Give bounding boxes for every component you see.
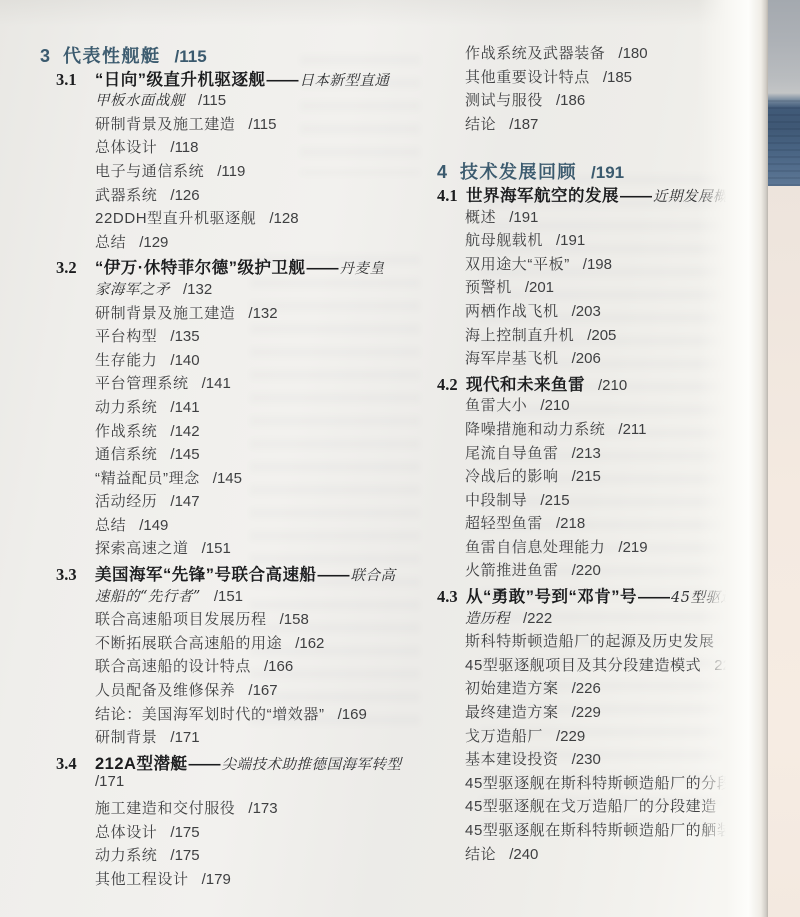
page-number: /203 <box>572 303 601 320</box>
section-number: 3.4 <box>56 754 81 774</box>
page-number: /141 <box>202 375 231 392</box>
chapter-title: 代表性舰艇 <box>63 42 161 68</box>
page-number: /118 <box>170 139 198 156</box>
item-title: 最终建造方案 <box>465 701 559 722</box>
toc-item-line: “精益配员”理念/145 <box>40 467 430 491</box>
section-subtitle: 联合高 <box>351 564 396 585</box>
page-number: /180 <box>618 45 647 62</box>
page-number: /142 <box>170 423 199 440</box>
item-title: 平台构型 <box>95 325 157 346</box>
item-title: 两栖作战飞机 <box>465 300 559 321</box>
page-number: /140 <box>170 352 199 369</box>
sea-photo <box>768 0 800 186</box>
item-title: 45型驱逐舰项目及其分段建造模式 <box>465 654 701 675</box>
page-number: /210 <box>598 377 627 394</box>
item-title: 初始建造方案 <box>465 677 559 698</box>
page-number: /151 <box>202 540 231 557</box>
section-number: 3.2 <box>56 258 81 278</box>
toc-item-line: 总体设计/175 <box>40 821 430 845</box>
page-number: /205 <box>587 327 616 344</box>
subtitle-continuation: 速船的“先行者” <box>95 585 201 606</box>
section-number: 4.3 <box>437 587 462 607</box>
item-title: 平台管理系统 <box>95 372 189 393</box>
toc-section-line: 3.3美国海军“先锋”号联合高速船——联合高 <box>40 561 430 585</box>
item-title: 总结 <box>95 231 126 252</box>
page-number: /132 <box>183 281 212 298</box>
item-title: 活动经历 <box>95 490 157 511</box>
page-number: /210 <box>540 397 569 414</box>
page-number: /230 <box>572 751 601 768</box>
page-number: /211 <box>618 421 646 438</box>
item-title: 测试与服役 <box>465 89 543 110</box>
page-number: /218 <box>556 515 585 532</box>
toc-item-line: 研制背景及施工建造/132 <box>40 302 430 326</box>
page-number: /220 <box>572 562 601 579</box>
item-title: 通信系统 <box>95 443 157 464</box>
page-number: /191 <box>556 232 585 249</box>
item-title: 45型驱逐舰在斯科特斯顿造船厂的舾装 <box>465 819 733 840</box>
item-title: 总结 <box>95 514 126 535</box>
item-title: 动力系统 <box>95 396 157 417</box>
page-top-shadow <box>0 0 800 26</box>
item-title: 武器系统 <box>95 184 157 205</box>
item-title: 电子与通信系统 <box>95 160 204 181</box>
item-title: “精益配员”理念 <box>95 467 200 488</box>
section-number: 4.2 <box>437 375 462 395</box>
chapter-number: 3 <box>40 46 50 67</box>
toc-item-line: 研制背景及施工建造/115 <box>40 113 430 137</box>
page-number: /147 <box>170 493 199 510</box>
item-title: 其他工程设计 <box>95 868 189 889</box>
page-number: /185 <box>603 69 632 86</box>
section-title: 212A型潜艇 <box>95 750 187 774</box>
item-title: 概述 <box>465 206 496 227</box>
chapter-title: 技术发展回顾 <box>460 158 577 184</box>
subtitle-continuation: 造历程 <box>465 607 510 628</box>
item-title: 海上控制直升机 <box>465 324 574 345</box>
page-number: /145 <box>170 446 199 463</box>
page-number: /149 <box>139 517 168 534</box>
section-number: 3.1 <box>56 70 81 90</box>
page-number: /141 <box>170 399 199 416</box>
item-title: 探索高速之道 <box>95 537 189 558</box>
toc-item-line: 平台管理系统/141 <box>40 372 430 396</box>
item-title: 总体设计 <box>95 136 157 157</box>
section-subtitle: 尖端技术助推德国海军转型 <box>221 753 401 774</box>
page-number: /173 <box>248 800 277 817</box>
toc-item-line: 研制背景/171 <box>40 726 430 750</box>
toc-item-line: 通信系统/145 <box>40 443 430 467</box>
toc-pageline-line: /171 <box>40 773 430 797</box>
page-number: /201 <box>525 279 554 296</box>
toc-item-line: 总结/129 <box>40 231 430 255</box>
toc-item-line: 22DDH型直升机驱逐舰/128 <box>40 207 430 231</box>
toc-item-line: 作战系统/142 <box>40 420 430 444</box>
page-number: /171 <box>95 773 124 790</box>
page-number: /179 <box>202 871 231 888</box>
item-title: 研制背景及施工建造 <box>95 302 235 323</box>
toc-item-line: 平台构型/135 <box>40 325 430 349</box>
toc-item-line: 总体设计/118 <box>40 136 430 160</box>
page-number: /171 <box>170 729 199 746</box>
item-title: 斯科特斯顿造船厂的起源及历史发展 <box>465 630 715 651</box>
page-number: /115 <box>198 92 226 109</box>
page-number: /158 <box>280 611 309 628</box>
item-title: 22DDH型直升机驱逐舰 <box>95 207 256 228</box>
item-title: 降噪措施和动力系统 <box>465 418 605 439</box>
section-dash: —— <box>620 188 652 206</box>
section-number: 3.3 <box>56 565 81 585</box>
toc-item-line: 施工建造和交付服役/173 <box>40 797 430 821</box>
page-number: /222 <box>523 610 552 627</box>
page-number: /215 <box>540 492 569 509</box>
page-number: /126 <box>170 187 199 204</box>
toc-item-line: 生存能力/140 <box>40 349 430 373</box>
item-title: 生存能力 <box>95 349 157 370</box>
page-curl-edge <box>698 0 768 917</box>
toc-section-line: 3.4212A型潜艇——尖端技术助推德国海军转型 <box>40 750 430 774</box>
toc-item-line: 联合高速船的设计特点/166 <box>40 655 430 679</box>
item-title: 其他重要设计特点 <box>465 66 590 87</box>
page-number: /175 <box>170 847 199 864</box>
section-title: 现代和未来鱼雷 <box>466 371 585 395</box>
section-dash: —— <box>318 567 350 585</box>
page-number: /167 <box>248 682 277 699</box>
item-title: 结论：美国海军划时代的“增效器” <box>95 703 325 724</box>
item-title: 结论 <box>465 113 496 134</box>
page-number: /162 <box>295 635 324 652</box>
page-number: /187 <box>509 116 538 133</box>
item-title: 预警机 <box>465 276 512 297</box>
item-title: 结论 <box>465 843 496 864</box>
section-dash: —— <box>638 589 670 607</box>
page-number: /215 <box>572 468 601 485</box>
item-title: 施工建造和交付服役 <box>95 797 235 818</box>
item-title: 45型驱逐舰在戈万造船厂的分段建造 <box>465 795 717 816</box>
item-title: 超轻型鱼雷 <box>465 512 543 533</box>
toc-item-line: 活动经历/147 <box>40 490 430 514</box>
item-title: 动力系统 <box>95 844 157 865</box>
section-title: 美国海军“先锋”号联合高速船 <box>95 561 317 585</box>
section-title: “日向”级直升机驱逐舰 <box>95 66 266 90</box>
toc-item-line: 其他工程设计/179 <box>40 868 430 892</box>
sea-wave-texture <box>768 100 800 186</box>
item-title: 鱼雷自信息处理能力 <box>465 536 605 557</box>
section-title: 世界海军航空的发展 <box>466 182 619 206</box>
item-title: 鱼雷大小 <box>465 394 527 415</box>
toc-item-line: 联合高速船项目发展历程/158 <box>40 608 430 632</box>
page-number: /213 <box>572 445 601 462</box>
chapter-page-number: /115 <box>175 47 207 67</box>
page-number: /129 <box>139 234 168 251</box>
page-number: /166 <box>264 658 293 675</box>
item-title: 中段制导 <box>465 489 527 510</box>
subtitle-continuation: 甲板水面战舰 <box>95 89 185 110</box>
toc-page: 3代表性舰艇/1153.1“日向”级直升机驱逐舰——日本新型直通甲板水面战舰/1… <box>0 0 800 917</box>
page-number: /198 <box>583 256 612 273</box>
subtitle-continuation: 家海军之矛 <box>95 278 170 299</box>
item-title: 联合高速船项目发展历程 <box>95 608 267 629</box>
toc-column-left: 3代表性舰艇/1153.1“日向”级直升机驱逐舰——日本新型直通甲板水面战舰/1… <box>40 42 430 891</box>
page-number: /151 <box>214 588 243 605</box>
section-dash: —— <box>267 72 299 90</box>
section-subtitle: 日本新型直通 <box>300 69 390 90</box>
toc-chapter-line: 3代表性舰艇/115 <box>40 42 430 66</box>
toc-section-line: 3.1“日向”级直升机驱逐舰——日本新型直通 <box>40 66 430 90</box>
item-title: 研制背景 <box>95 726 157 747</box>
toc-section-line: 3.2“伊万·休特菲尔德”级护卫舰——丹麦皇 <box>40 254 430 278</box>
item-title: 作战系统及武器装备 <box>465 42 605 63</box>
page-number: /169 <box>338 706 367 723</box>
page-number: /119 <box>217 163 245 180</box>
chapter-number: 4 <box>437 162 447 183</box>
page-number: /175 <box>170 824 199 841</box>
toc-cont-line: 速船的“先行者”/151 <box>40 585 430 609</box>
page-number: /229 <box>556 728 585 745</box>
toc-item-line: 结论：美国海军划时代的“增效器”/169 <box>40 703 430 727</box>
page-number: /128 <box>269 210 298 227</box>
toc-item-line: 动力系统/141 <box>40 396 430 420</box>
item-title: 总体设计 <box>95 821 157 842</box>
item-title: 戈万造船厂 <box>465 725 543 746</box>
item-title: 作战系统 <box>95 420 157 441</box>
item-title: 海军岸基飞机 <box>465 347 559 368</box>
item-title: 尾流自导鱼雷 <box>465 442 559 463</box>
item-title: 人员配备及维修保养 <box>95 679 235 700</box>
page-number: /135 <box>170 328 199 345</box>
toc-item-line: 动力系统/175 <box>40 844 430 868</box>
section-dash: —— <box>188 756 220 774</box>
page-number: /115 <box>248 116 276 133</box>
page-number: /191 <box>509 209 538 226</box>
item-title: 双用途大“平板” <box>465 253 570 274</box>
item-title: 冷战后的影响 <box>465 465 559 486</box>
toc-item-line: 武器系统/126 <box>40 184 430 208</box>
section-number: 4.1 <box>437 186 462 206</box>
section-dash: —— <box>307 260 339 278</box>
toc-item-line: 探索高速之道/151 <box>40 537 430 561</box>
toc-cont-line: 家海军之矛/132 <box>40 278 430 302</box>
page-number: /240 <box>509 846 538 863</box>
toc-item-line: 不断拓展联合高速船的用途/162 <box>40 632 430 656</box>
item-title: 航母舰载机 <box>465 229 543 250</box>
page-number: /226 <box>572 680 601 697</box>
page-number: /219 <box>618 539 647 556</box>
page-number: /145 <box>213 470 242 487</box>
chapter-page-number: /191 <box>591 163 624 183</box>
toc-item-line: 电子与通信系统/119 <box>40 160 430 184</box>
section-title: 从“勇敢”号到“邓肯”号 <box>466 583 637 607</box>
item-title: 不断拓展联合高速船的用途 <box>95 632 282 653</box>
toc-item-line: 总结/149 <box>40 514 430 538</box>
toc-cont-line: 甲板水面战舰/115 <box>40 89 430 113</box>
item-title: 火箭推进鱼雷 <box>465 559 559 580</box>
page-number: /186 <box>556 92 585 109</box>
next-page-sliver <box>768 0 800 917</box>
item-title: 研制背景及施工建造 <box>95 113 235 134</box>
item-title: 联合高速船的设计特点 <box>95 655 251 676</box>
page-number: /206 <box>572 350 601 367</box>
toc-item-line: 人员配备及维修保养/167 <box>40 679 430 703</box>
section-subtitle: 丹麦皇 <box>340 257 385 278</box>
page-number: /132 <box>248 305 277 322</box>
item-title: 基本建设投资 <box>465 748 559 769</box>
page-number: /229 <box>572 704 601 721</box>
section-title: “伊万·休特菲尔德”级护卫舰 <box>95 254 306 278</box>
